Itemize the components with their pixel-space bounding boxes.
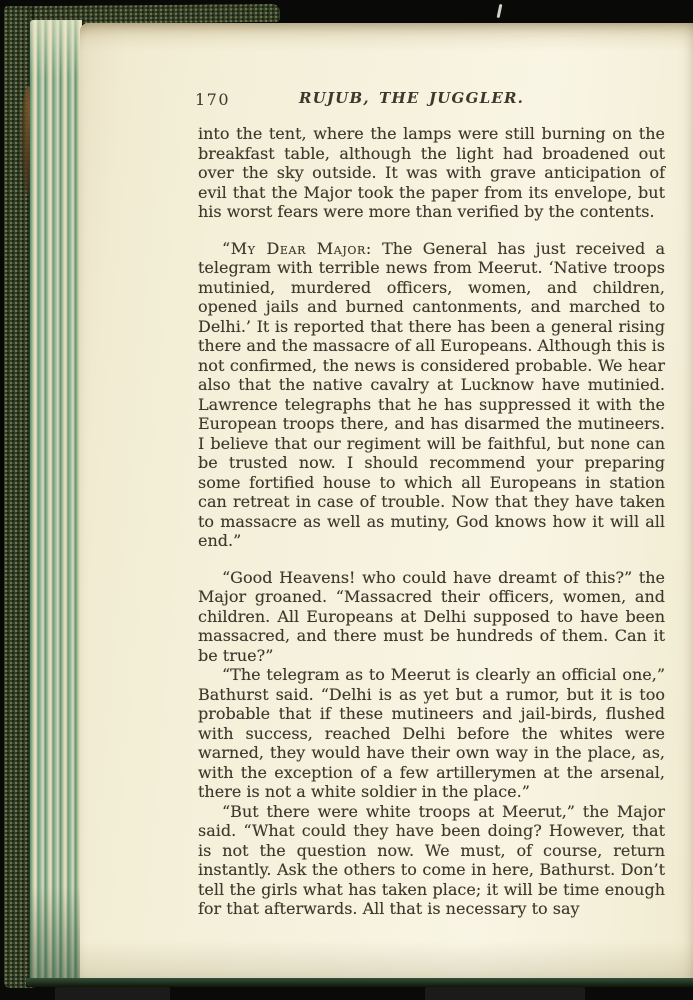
- letter-salutation: “My Dear Major:: [222, 239, 372, 258]
- printed-content: 170 RUJUB, THE JUGGLER. into the tent, w…: [198, 89, 665, 919]
- paragraph-dialogue: “The telegram as to Meerut is clearly an…: [198, 665, 665, 802]
- stacked-page-edges: [30, 20, 82, 982]
- paragraph-letter: “My Dear Major: The General has just rec…: [198, 239, 665, 551]
- book-cradle-left: [55, 987, 170, 1000]
- page-header: 170 RUJUB, THE JUGGLER.: [198, 89, 665, 109]
- book-cradle-right: [425, 987, 585, 1000]
- paragraph-text: “Good Heavens! who could have dreamt of …: [198, 568, 665, 665]
- paragraph-text: “But there were white troops at Meerut,”…: [198, 802, 665, 919]
- book-photo: 170 RUJUB, THE JUGGLER. into the tent, w…: [0, 0, 693, 1000]
- running-header: RUJUB, THE JUGGLER.: [198, 89, 625, 107]
- dust-speck: [497, 4, 503, 18]
- paragraph-text: into the tent, where the lamps were stil…: [198, 124, 665, 221]
- book-page: 170 RUJUB, THE JUGGLER. into the tent, w…: [80, 23, 693, 979]
- paragraph-dialogue: “Good Heavens! who could have dreamt of …: [198, 568, 665, 666]
- paragraph-dialogue: “But there were white troops at Meerut,”…: [198, 802, 665, 919]
- paragraph-text: The General has just received a telegram…: [198, 239, 665, 551]
- paragraph-continued: into the tent, where the lamps were stil…: [198, 124, 665, 222]
- page-body: into the tent, where the lamps were stil…: [198, 124, 665, 919]
- book-bottom-edge: [26, 978, 693, 987]
- paragraph-text: “The telegram as to Meerut is clearly an…: [198, 665, 665, 801]
